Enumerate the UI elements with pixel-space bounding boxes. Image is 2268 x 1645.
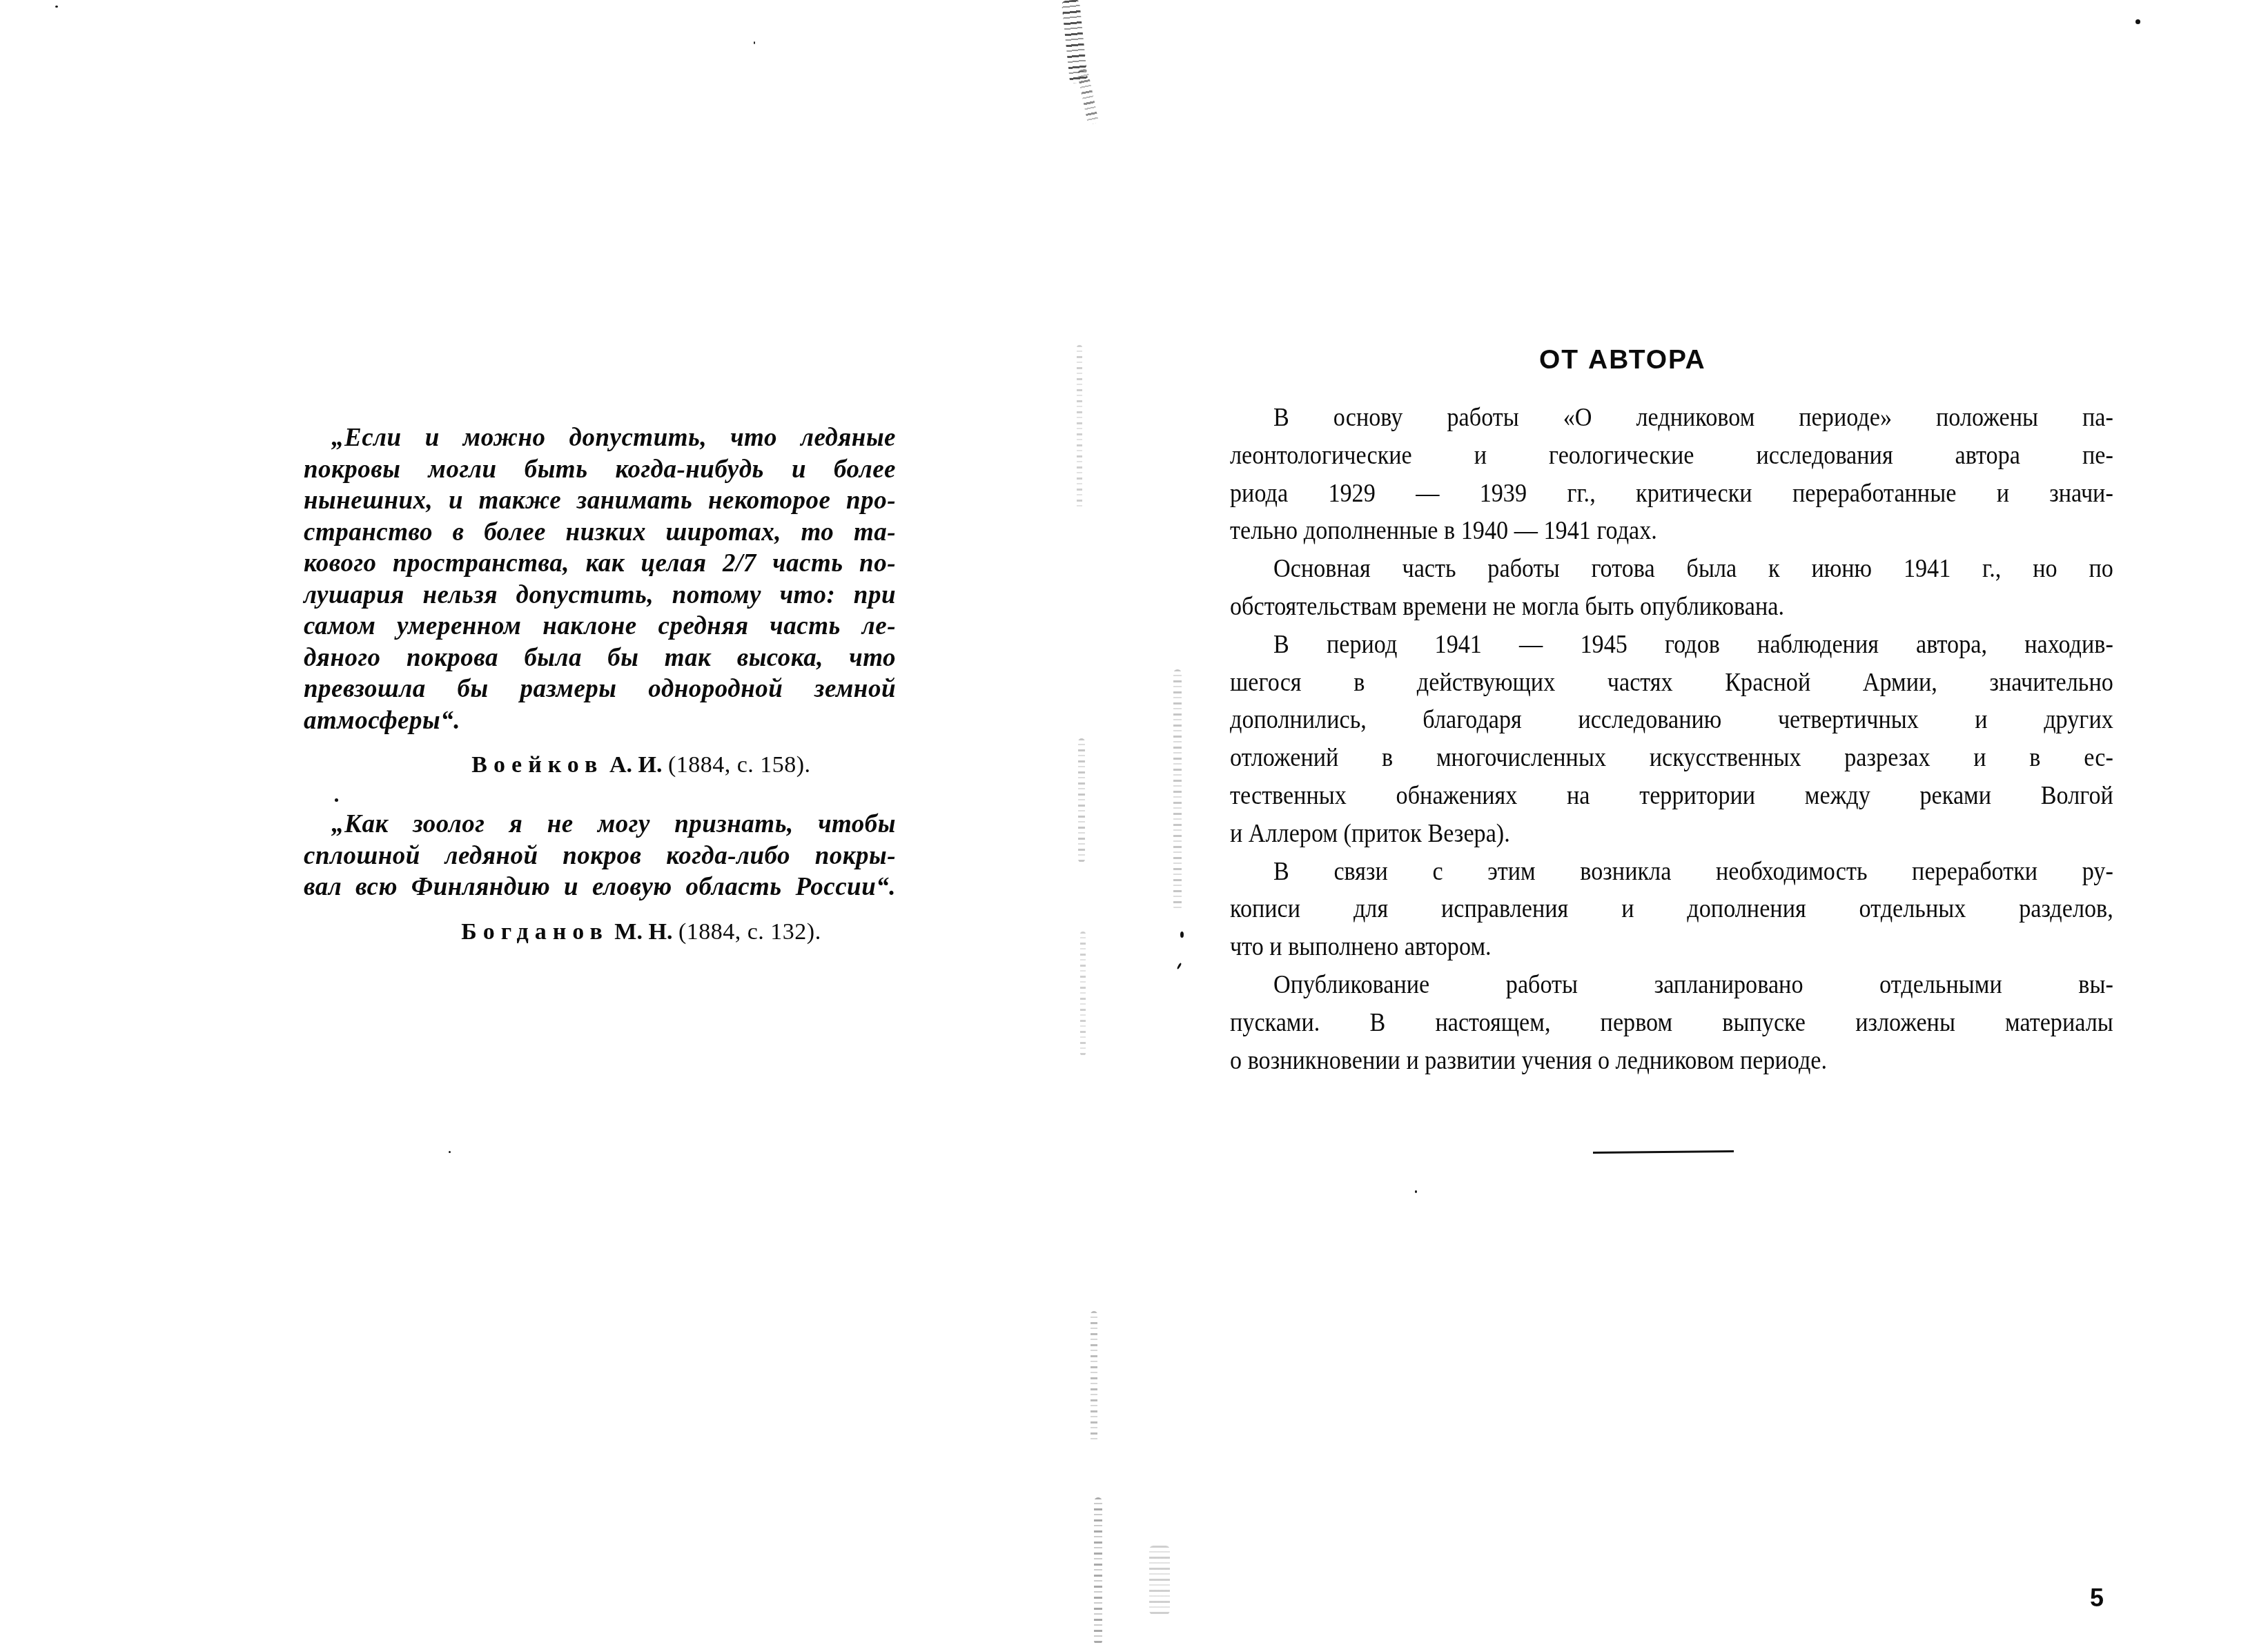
scan-gutter-shadow <box>1077 68 1099 125</box>
scan-speck <box>1415 1190 1417 1193</box>
page-number: 5 <box>2090 1584 2104 1613</box>
page-title: ОТ АВТОРА <box>1539 345 1706 375</box>
quote-line: вал всю Финляндию и еловую область Росси… <box>304 871 896 903</box>
quote-line: нынешних, и также занимать некоторое про… <box>304 485 896 517</box>
paragraph-line: тельно дополненные в 1940 — 1941 годах. <box>1230 512 2113 550</box>
attribution-author: Воейков <box>471 752 603 778</box>
paragraph-line: шегося в действующих частях Красной Арми… <box>1230 664 2113 702</box>
scan-gutter-speckle <box>1094 1497 1102 1645</box>
paragraph-line: и Аллером (приток Везера). <box>1230 815 2113 853</box>
paragraph-line: кописи для исправления и дополнения отде… <box>1230 890 2113 928</box>
scan-gutter-speckle <box>1080 932 1086 1056</box>
paragraph-line: Основная часть работы готова была к июню… <box>1230 550 2113 588</box>
scan-speck <box>449 1151 451 1153</box>
scan-speck <box>335 798 338 802</box>
paragraph-line: риода 1929 — 1939 гг., критически перера… <box>1230 475 2113 513</box>
quote-line: странство в более низких широтах, то та- <box>304 517 896 549</box>
paragraph: В связи с этим возникла необходимость пе… <box>1230 853 2113 966</box>
quote-line: „Если и можно допустить, что ледяные <box>304 422 896 454</box>
scan-gutter-speckle <box>1091 1311 1097 1442</box>
scan-speck <box>754 41 755 44</box>
paragraph-line: дополнились, благодаря исследованию четв… <box>1230 701 2113 739</box>
paragraph: В период 1941 — 1945 годов наблюдения ав… <box>1230 626 2113 853</box>
paragraph-line: В период 1941 — 1945 годов наблюдения ав… <box>1230 626 2113 664</box>
quote-line: превзошла бы размеры однородной земной <box>304 673 896 705</box>
quote-line: „Как зоолог я не могу признать, чтобы <box>304 809 896 840</box>
preface-body: В основу работы «О ледниковом периоде» п… <box>1230 399 2113 1079</box>
quote-line: лушария нельзя допустить, потому что: пр… <box>304 580 896 611</box>
paragraph-line: что и выполнено автором. <box>1230 928 2113 966</box>
scan-speck <box>1177 963 1182 969</box>
quote-line: атмосферы“. <box>304 705 896 737</box>
quote-line: дяного покрова была бы так высока, что <box>304 642 896 674</box>
attribution-reference: (1884, с. 132). <box>678 919 821 945</box>
paragraph-line: леонтологические и геологические исследо… <box>1230 437 2113 475</box>
paragraph-line: В связи с этим возникла необходимость пе… <box>1230 853 2113 891</box>
attribution-reference: (1884, с. 158). <box>668 752 811 778</box>
scan-gutter-speckle <box>1149 1546 1170 1615</box>
left-page: „Если и можно допустить, что ледяные пок… <box>0 0 1077 1645</box>
quote-line: сплошной ледяной покров когда-либо покры… <box>304 840 896 872</box>
paragraph-line: пусками. В настоящем, первом выпуске изл… <box>1230 1004 2113 1042</box>
epigraph-attribution: Богданов М. Н. (1884, с. 132). <box>304 917 896 947</box>
epigraph-voeikov: „Если и можно допустить, что ледяные пок… <box>304 422 896 780</box>
paragraph-line: В основу работы «О ледниковом периоде» п… <box>1230 399 2113 437</box>
paragraph: Основная часть работы готова была к июню… <box>1230 550 2113 626</box>
quote-line: самом умеренном наклоне средняя часть ле… <box>304 611 896 642</box>
paragraph-line: о возникновении и развитии учения о ледн… <box>1230 1042 2113 1080</box>
attribution-initials: А. И. <box>609 752 663 778</box>
section-end-rule <box>1593 1150 1734 1154</box>
paragraph-line: отложений в многочисленных искусственных… <box>1230 739 2113 777</box>
scan-gutter-speckle <box>1173 669 1182 911</box>
attribution-initials: М. Н. <box>614 919 672 945</box>
paragraph-line: обстоятельствам времени не могла быть оп… <box>1230 588 2113 626</box>
epigraph-bogdanov: „Как зоолог я не могу признать, чтобы сп… <box>304 809 896 947</box>
quote-line: кового пространства, как целая 2/7 часть… <box>304 548 896 580</box>
scan-speck <box>2135 19 2140 24</box>
epigraph-attribution: Воейков А. И. (1884, с. 158). <box>304 750 896 780</box>
paragraph-line: Опубликование работы запланировано отдел… <box>1230 966 2113 1004</box>
scan-gutter-speckle <box>1078 738 1085 863</box>
quote-line: покровы могли быть когда-нибудь и более <box>304 454 896 486</box>
scan-gutter-speckle <box>1077 345 1082 511</box>
paragraph: В основу работы «О ледниковом периоде» п… <box>1230 399 2113 550</box>
attribution-author: Богданов <box>461 919 609 945</box>
paragraph-line: тественных обнажениях на территории межд… <box>1230 777 2113 815</box>
paragraph: Опубликование работы запланировано отдел… <box>1230 966 2113 1079</box>
scan-speck <box>1180 932 1184 938</box>
scan-speck <box>55 6 58 8</box>
